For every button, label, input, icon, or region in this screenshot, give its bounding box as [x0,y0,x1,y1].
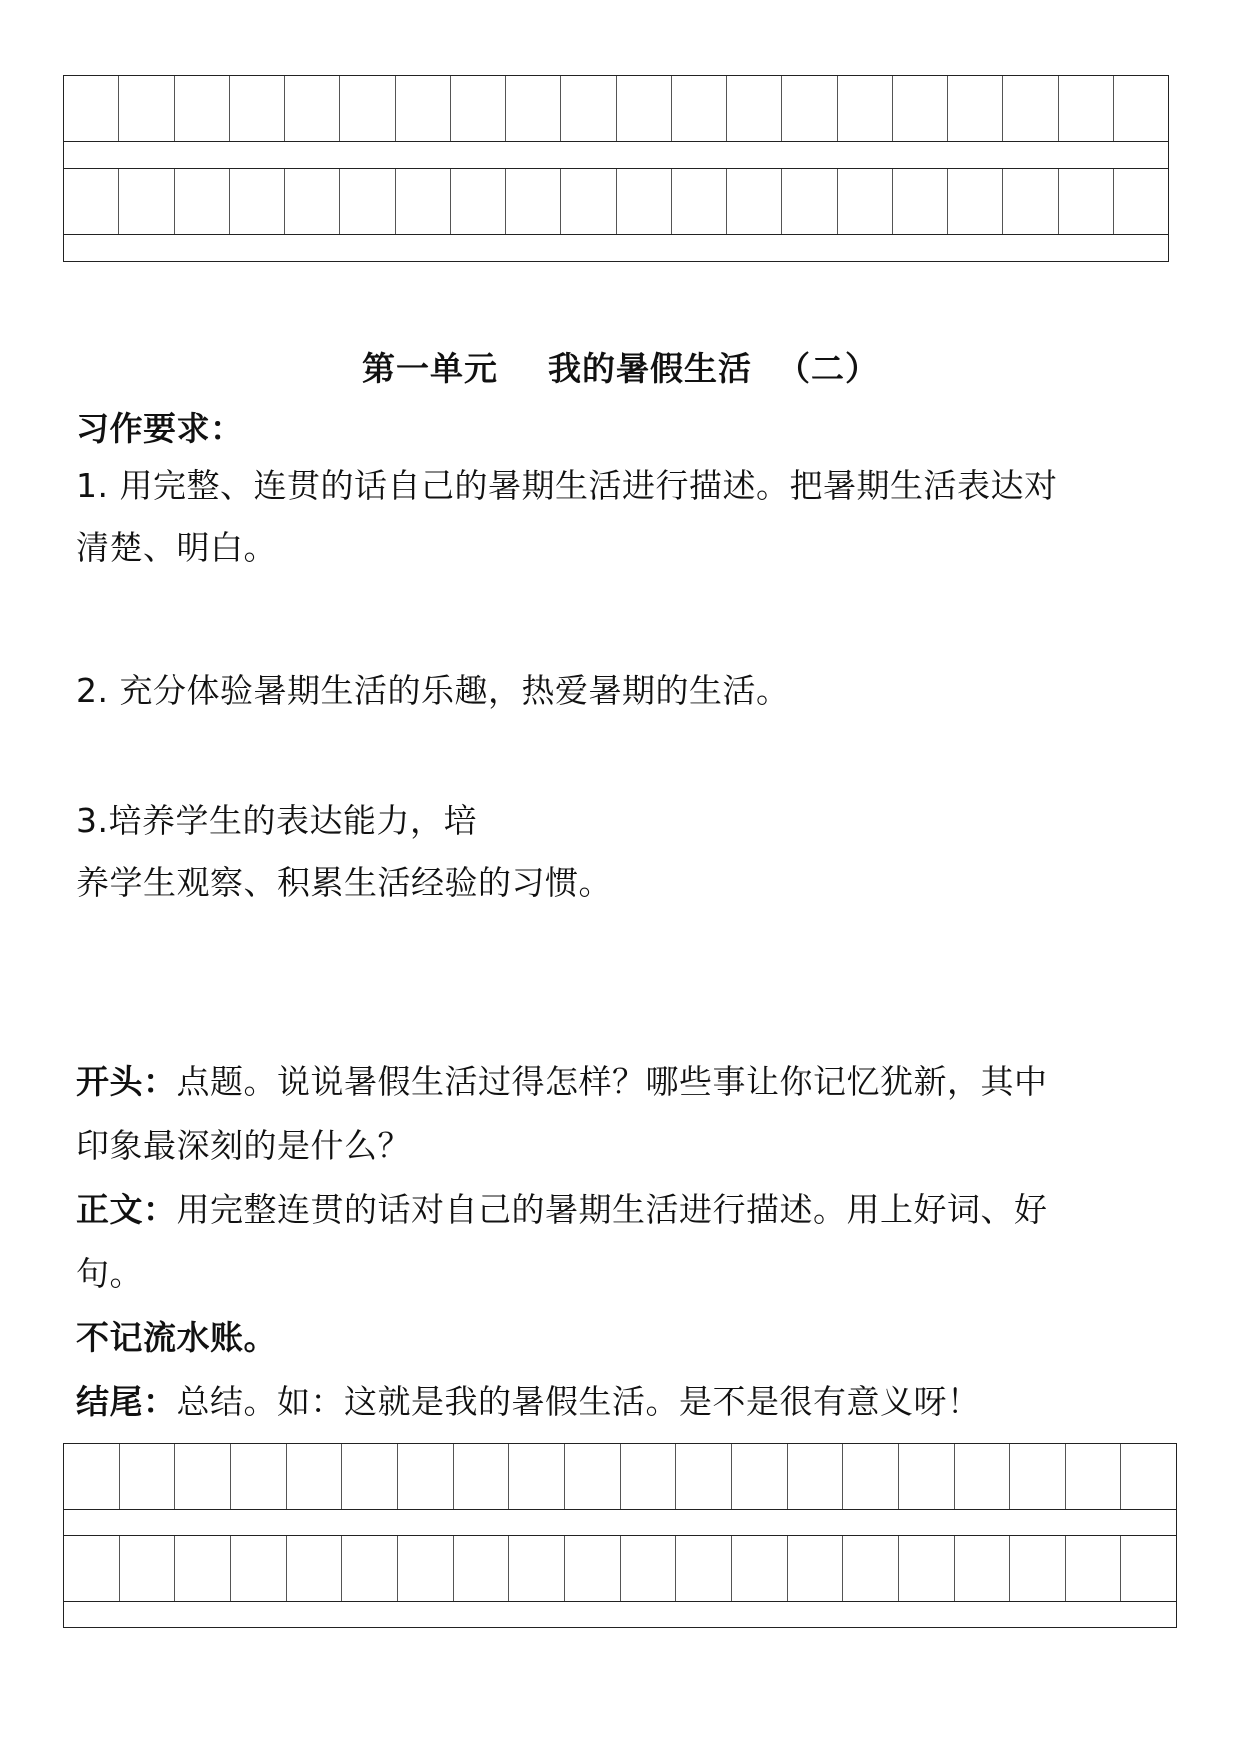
grid-cell [175,169,230,234]
opening-line1: 开头：点题。说说暑假生活过得怎样？哪些事让你记忆犹新，其中 [76,1056,1048,1103]
opening-text: 点题。说说暑假生活过得怎样？哪些事让你记忆犹新，其中 [177,1062,1048,1101]
opening-label: 开头： [76,1062,177,1101]
grid-cell [565,1444,621,1509]
grid-cell [119,76,174,141]
grid-cell [454,1444,510,1509]
grid-gap [64,235,1168,262]
grid-cell [119,169,174,234]
requirement-3-line1: 3.培养学生的表达能力，培 [76,795,477,842]
grid-cell [843,1536,899,1601]
ending-line: 结尾：总结。如：这就是我的暑假生活。是不是很有意义呀！ [76,1376,981,1423]
grid-cell [899,1444,955,1509]
grid-cell [398,1444,454,1509]
grid-cell [727,76,782,141]
grid-cell [893,169,948,234]
grid-cell [509,1444,565,1509]
grid-cell [788,1444,844,1509]
grid-cell [732,1536,788,1601]
grid-cell [1121,1444,1176,1509]
grid-cell [617,76,672,141]
note-line: 不记流水账。 [76,1312,277,1359]
grid-row [64,1444,1176,1510]
grid-cell [1010,1444,1066,1509]
grid-cell [231,1444,287,1509]
requirement-1-line1: 1. 用完整、连贯的话自己的暑期生活进行描述。把暑期生活表达对 [76,460,1057,507]
grid-cell [843,1444,899,1509]
grid-cell [342,1536,398,1601]
grid-cell [285,169,340,234]
grid-cell [64,169,119,234]
grid-row [64,76,1168,142]
grid-cell [788,1536,844,1601]
grid-cell [64,1444,120,1509]
grid-cell [451,76,506,141]
grid-cell [617,169,672,234]
grid-cell [565,1536,621,1601]
grid-cell [955,1444,1011,1509]
grid-cell [732,1444,788,1509]
grid-cell [1003,76,1058,141]
title-topic: 我的暑假生活 [548,349,752,388]
grid-cell [398,1536,454,1601]
grid-cell [285,76,340,141]
writing-grid-bottom [63,1443,1177,1628]
grid-cell [621,1444,677,1509]
grid-cell [175,1536,231,1601]
grid-gap [64,1602,1176,1628]
ending-label: 结尾： [76,1382,177,1421]
grid-cell [120,1536,176,1601]
grid-cell [230,76,285,141]
grid-cell [451,169,506,234]
requirement-1-line2: 清楚、明白。 [76,522,277,569]
grid-row [64,169,1168,235]
grid-cell [342,1444,398,1509]
grid-cell [676,1444,732,1509]
grid-cell [1114,76,1168,141]
body-text: 用完整连贯的话对自己的暑期生活进行描述。用上好词、好 [177,1190,1048,1229]
grid-cell [955,1536,1011,1601]
grid-gap [64,1510,1176,1536]
grid-cell [120,1444,176,1509]
grid-cell [561,169,616,234]
grid-cell [509,1536,565,1601]
grid-cell [561,76,616,141]
grid-cell [1059,169,1114,234]
grid-cell [727,169,782,234]
grid-cell [1066,1444,1122,1509]
grid-cell [287,1444,343,1509]
page-title: 第一单元 我的暑假生活 （二） [0,343,1241,390]
grid-cell [893,76,948,141]
grid-cell [676,1536,732,1601]
grid-cell [506,169,561,234]
grid-cell [948,169,1003,234]
grid-cell [454,1536,510,1601]
grid-cell [782,76,837,141]
title-part: （二） [777,349,879,388]
grid-cell [1059,76,1114,141]
grid-cell [64,1536,120,1601]
grid-cell [838,76,893,141]
requirement-3-line2: 养学生观察、积累生活经验的习惯。 [76,857,612,904]
opening-line2: 印象最深刻的是什么？ [76,1120,411,1167]
grid-cell [1114,169,1168,234]
title-unit: 第一单元 [362,349,498,388]
grid-cell [64,76,119,141]
grid-cell [672,169,727,234]
grid-cell [506,76,561,141]
writing-grid-top [63,75,1169,262]
grid-cell [672,76,727,141]
body-line2: 句。 [76,1248,143,1295]
grid-cell [782,169,837,234]
body-label: 正文： [76,1190,177,1229]
grid-cell [838,169,893,234]
ending-text: 总结。如：这就是我的暑假生活。是不是很有意义呀！ [177,1382,981,1421]
body-line1: 正文：用完整连贯的话对自己的暑期生活进行描述。用上好词、好 [76,1184,1048,1231]
grid-cell [287,1536,343,1601]
grid-gap [64,142,1168,169]
requirement-2: 2. 充分体验暑期生活的乐趣，热爱暑期的生活。 [76,665,789,712]
grid-cell [1003,169,1058,234]
grid-cell [621,1536,677,1601]
grid-cell [340,169,395,234]
grid-cell [1010,1536,1066,1601]
grid-cell [948,76,1003,141]
grid-row [64,1536,1176,1602]
grid-cell [175,76,230,141]
grid-cell [175,1444,231,1509]
grid-cell [230,169,285,234]
requirements-heading: 习作要求： [76,403,244,450]
grid-cell [231,1536,287,1601]
grid-cell [396,169,451,234]
grid-cell [396,76,451,141]
grid-cell [340,76,395,141]
grid-cell [899,1536,955,1601]
grid-cell [1121,1536,1176,1601]
grid-cell [1066,1536,1122,1601]
